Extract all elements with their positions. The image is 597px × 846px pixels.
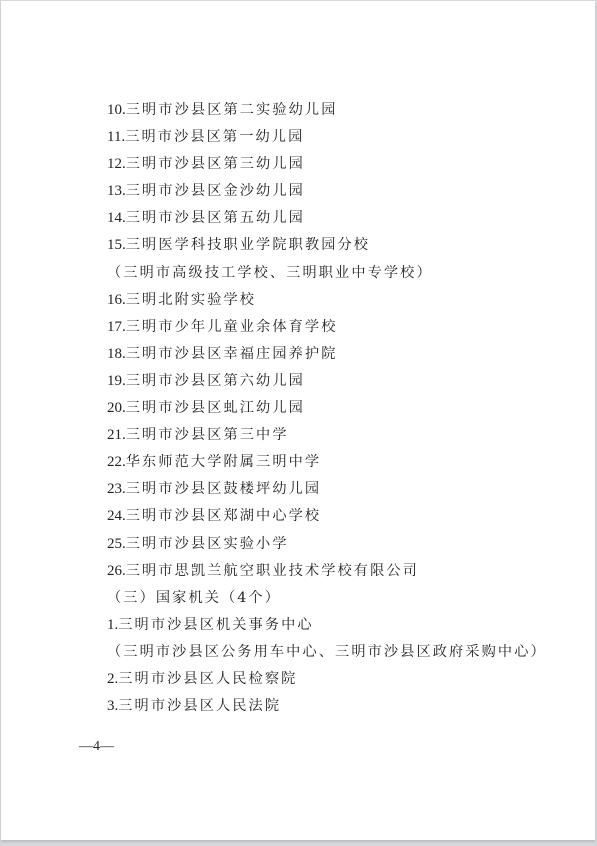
- list-item: 11.三明市沙县区第一幼儿园: [107, 124, 567, 151]
- list-item: 14.三明市沙县区第五幼儿园: [107, 205, 567, 232]
- item-number: 3.: [107, 698, 118, 714]
- list-item: 13.三明市沙县区金沙幼儿园: [107, 178, 567, 205]
- item-number: 14.: [107, 210, 126, 226]
- item-number: 18.: [107, 346, 126, 362]
- list-item: 15.三明医学科技职业学院职教园分校: [107, 232, 567, 259]
- list-item: 10.三明市沙县区第二实验幼儿园: [107, 97, 567, 124]
- list-item-note: （三明市沙县区公务用车中心、三明市沙县区政府采购中心）: [107, 639, 567, 666]
- list-item: 20.三明市沙县区虬江幼儿园: [107, 395, 567, 422]
- list-item: 24.三明市沙县区郑湖中心学校: [107, 503, 567, 530]
- item-text: 三明北附实验学校: [126, 292, 256, 308]
- item-text: 三明市思凯兰航空职业技术学校有限公司: [126, 563, 419, 579]
- item-text: 三明市沙县区第二实验幼儿园: [126, 102, 338, 118]
- item-text: 华东师范大学附属三明中学: [126, 454, 321, 470]
- item-text: 三明市少年儿童业余体育学校: [126, 319, 338, 335]
- item-number: 20.: [107, 400, 126, 416]
- item-text: 三明市沙县区金沙幼儿园: [126, 183, 305, 199]
- item-text: 三明市沙县区鼓楼坪幼儿园: [126, 481, 321, 497]
- list-item: 21.三明市沙县区第三中学: [107, 422, 567, 449]
- item-number: 15.: [107, 237, 126, 253]
- item-text: （三明市高级技工学校、三明职业中专学校）: [107, 265, 433, 281]
- item-text: 三明市沙县区实验小学: [126, 536, 289, 552]
- item-text: 三明市沙县区人民法院: [118, 698, 281, 714]
- item-number: 1.: [107, 617, 118, 633]
- item-number: 16.: [107, 292, 126, 308]
- list-item: 25.三明市沙县区实验小学: [107, 531, 567, 558]
- document-page: 10.三明市沙县区第二实验幼儿园 11.三明市沙县区第一幼儿园 12.三明市沙县…: [1, 1, 595, 840]
- item-number: 26.: [107, 563, 126, 579]
- list-item: 16.三明北附实验学校: [107, 287, 567, 314]
- item-text: （三明市沙县区公务用车中心、三明市沙县区政府采购中心）: [107, 644, 547, 660]
- item-text: 三明市沙县区机关事务中心: [118, 617, 313, 633]
- item-text: 三明医学科技职业学院职教园分校: [126, 237, 370, 253]
- item-number: 25.: [107, 536, 126, 552]
- item-text: 三明市沙县区虬江幼儿园: [126, 400, 305, 416]
- item-number: 17.: [107, 319, 126, 335]
- item-text: 三明市沙县区第一幼儿园: [125, 129, 304, 145]
- page-number: —4—: [79, 739, 114, 755]
- item-text: 三明市沙县区幸福庄园养护院: [126, 346, 338, 362]
- list-item: 19.三明市沙县区第六幼儿园: [107, 368, 567, 395]
- item-text: 三明市沙县区郑湖中心学校: [126, 508, 321, 524]
- list-item: 1.三明市沙县区机关事务中心: [107, 612, 567, 639]
- list-item: 22.华东师范大学附属三明中学: [107, 449, 567, 476]
- item-number: 24.: [107, 508, 126, 524]
- list-item: 12.三明市沙县区第三幼儿园: [107, 151, 567, 178]
- document-body: 10.三明市沙县区第二实验幼儿园 11.三明市沙县区第一幼儿园 12.三明市沙县…: [107, 97, 567, 720]
- item-number: 12.: [107, 156, 126, 172]
- item-text: 三明市沙县区第三幼儿园: [126, 156, 305, 172]
- list-item: 18.三明市沙县区幸福庄园养护院: [107, 341, 567, 368]
- item-number: 23.: [107, 481, 126, 497]
- list-item: 2.三明市沙县区人民检察院: [107, 666, 567, 693]
- item-text: 三明市沙县区第六幼儿园: [126, 373, 305, 389]
- list-item: 17.三明市少年儿童业余体育学校: [107, 314, 567, 341]
- list-item: 3.三明市沙县区人民法院: [107, 693, 567, 720]
- item-number: 10.: [107, 102, 126, 118]
- item-number: 19.: [107, 373, 126, 389]
- item-number: 21.: [107, 427, 126, 443]
- item-text: 三明市沙县区人民检察院: [118, 671, 297, 687]
- list-item: 23.三明市沙县区鼓楼坪幼儿园: [107, 476, 567, 503]
- item-number: 11.: [107, 129, 125, 145]
- list-item-note: （三明市高级技工学校、三明职业中专学校）: [107, 260, 567, 287]
- list-item: 26.三明市思凯兰航空职业技术学校有限公司: [107, 558, 567, 585]
- item-number: 13.: [107, 183, 126, 199]
- item-text: 三明市沙县区第三中学: [126, 427, 289, 443]
- item-text: 三明市沙县区第五幼儿园: [126, 210, 305, 226]
- item-number: 22.: [107, 454, 126, 470]
- section-heading: （三）国家机关（4个）: [107, 585, 567, 612]
- heading-text: （三）国家机关（4个）: [107, 590, 281, 606]
- item-number: 2.: [107, 671, 118, 687]
